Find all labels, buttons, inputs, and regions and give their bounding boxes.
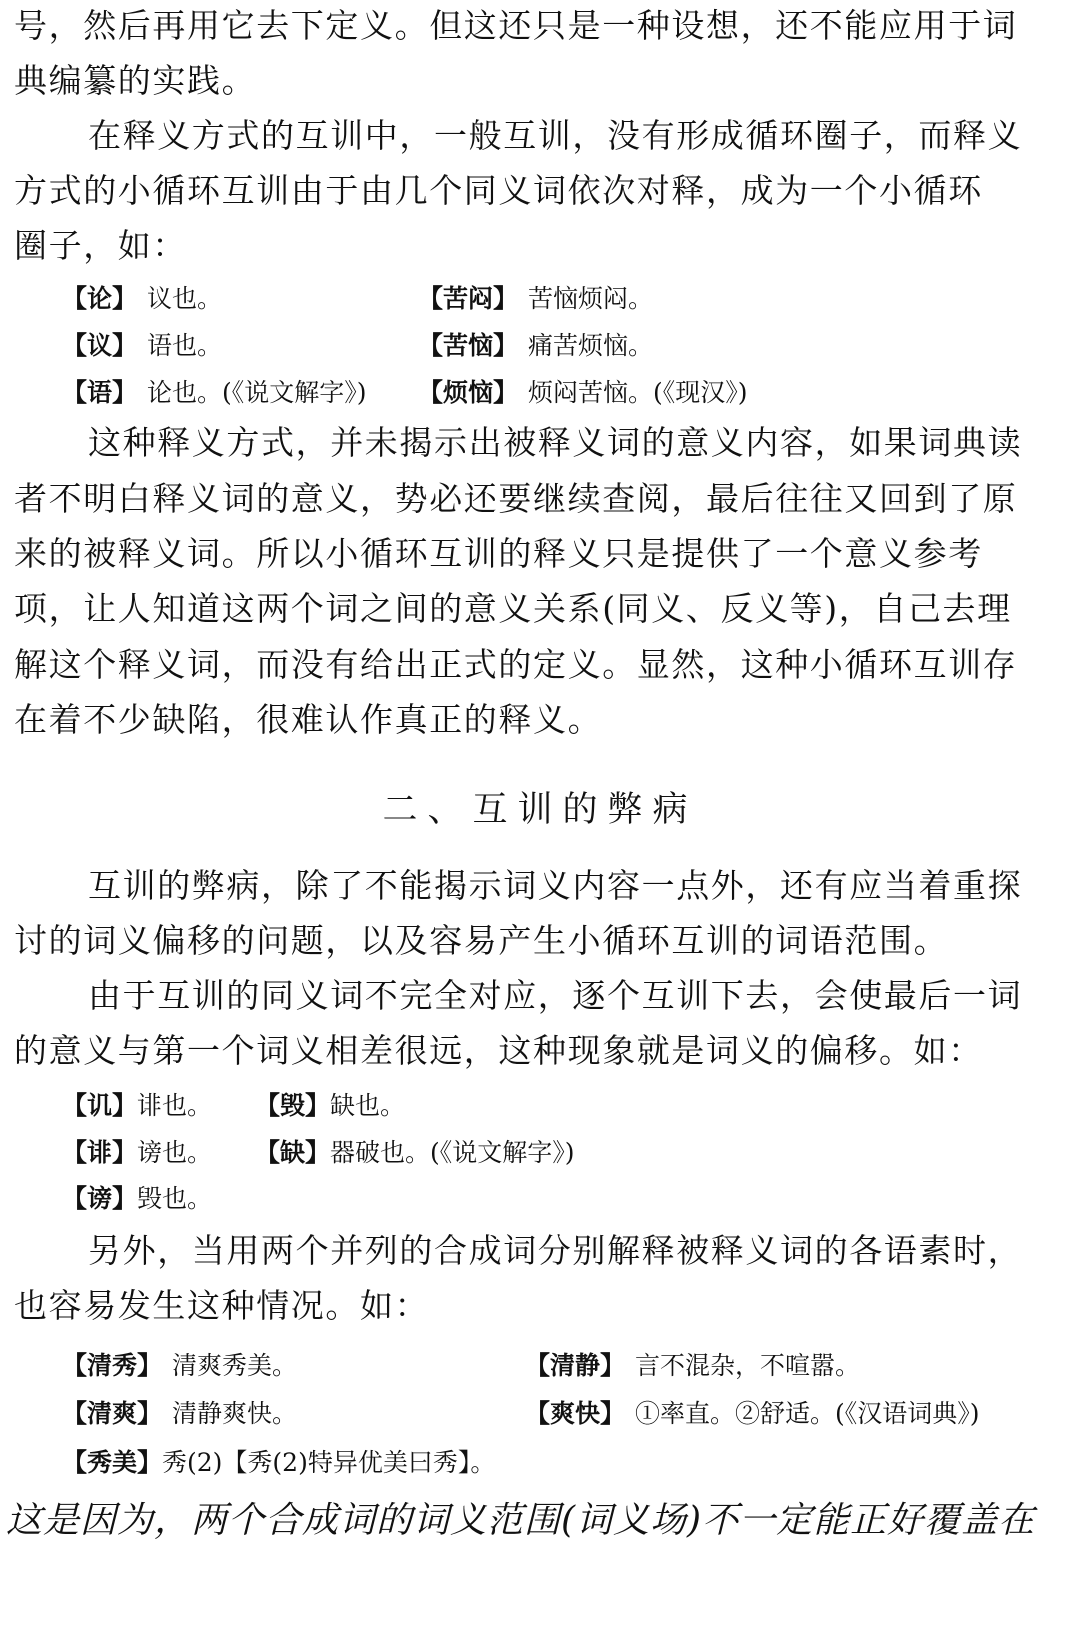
example-entry: 【缺】器破也。(《说文解字》) xyxy=(255,1137,575,1169)
paragraph-6-line-1: 另外，当用两个并列的合成词分别解释被释义词的各语素时， xyxy=(88,1231,1070,1271)
entry-headword: 【毁】 xyxy=(255,1091,330,1120)
entry-headword: 【清静】 xyxy=(525,1351,625,1380)
entry-definition: 诽也。 xyxy=(137,1091,212,1120)
entry-headword: 【讥】 xyxy=(62,1091,137,1120)
paragraph-1-line-2: 典编纂的实践。 xyxy=(14,61,1070,101)
example-entry: 【诽】谤也。 xyxy=(62,1137,212,1169)
entry-definition: 论也。(《说文解字》) xyxy=(147,378,367,407)
paragraph-2-line-3: 圈子，如： xyxy=(14,226,1070,266)
paragraph-3-line-3: 来的被释义词。所以小循环互训的释义只是提供了一个意义参考 xyxy=(14,534,1070,574)
paragraph-3-line-2: 者不明白释义词的意义，势必还要继续查阅，最后往往又回到了原 xyxy=(14,479,1070,519)
entry-headword: 【诽】 xyxy=(62,1138,137,1167)
entry-headword: 【苦闷】 xyxy=(418,284,518,313)
example-entry: 【爽快】①率直。②舒适。(《汉语词典》) xyxy=(525,1398,980,1430)
example-entry: 【秀美】秀(2)【秀(2)特异优美曰秀】。 xyxy=(62,1447,495,1479)
entry-definition: 痛苦烦恼。 xyxy=(528,331,653,360)
entry-headword: 【清秀】 xyxy=(62,1351,162,1380)
entry-definition: 清爽秀美。 xyxy=(172,1351,297,1380)
entry-definition: 烦闷苦恼。(《现汉》) xyxy=(528,378,748,407)
paragraph-6-line-2: 也容易发生这种情况。如： xyxy=(14,1286,1070,1326)
example-entry: 【清爽】清静爽快。 xyxy=(62,1398,297,1430)
entry-headword: 【清爽】 xyxy=(62,1399,162,1428)
entry-definition: 谤也。 xyxy=(137,1138,212,1167)
example-entry: 【烦恼】烦闷苦恼。(《现汉》) xyxy=(418,377,748,409)
entry-headword: 【苦恼】 xyxy=(418,331,518,360)
example-entry: 【谤】毁也。 xyxy=(62,1183,212,1215)
entry-headword: 【谤】 xyxy=(62,1184,137,1213)
book-page: 号，然后再用它去下定义。但这还只是一种设想，还不能应用于词 典编纂的实践。 在释… xyxy=(0,0,1080,1646)
entry-definition: 议也。 xyxy=(147,284,222,313)
example-entry: 【语】论也。(《说文解字》) xyxy=(62,377,367,409)
paragraph-5-line-1: 由于互训的同义词不完全对应，逐个互训下去，会使最后一词 xyxy=(88,976,1070,1016)
entry-definition: 语也。 xyxy=(147,331,222,360)
entry-headword: 【缺】 xyxy=(255,1138,330,1167)
example-entry: 【苦恼】痛苦烦恼。 xyxy=(418,330,653,362)
entry-definition: 苦恼烦闷。 xyxy=(528,284,653,313)
entry-headword: 【论】 xyxy=(62,284,137,313)
example-entry: 【清静】言不混杂，不喧嚣。 xyxy=(525,1350,860,1382)
entry-headword: 【烦恼】 xyxy=(418,378,518,407)
entry-definition: 言不混杂，不喧嚣。 xyxy=(635,1351,860,1380)
entry-definition: ①率直。②舒适。(《汉语词典》) xyxy=(635,1399,980,1428)
paragraph-1-line-1: 号，然后再用它去下定义。但这还只是一种设想，还不能应用于词 xyxy=(14,6,1070,46)
paragraph-7-line-1: 这是因为，两个合成词的词义范围(词义场)不一定能正好覆盖在 xyxy=(6,1498,1076,1544)
entry-headword: 【秀美】 xyxy=(62,1448,162,1477)
example-entry: 【苦闷】苦恼烦闷。 xyxy=(418,283,653,315)
entry-definition: 器破也。(《说文解字》) xyxy=(330,1138,575,1167)
paragraph-3-line-4: 项，让人知道这两个词之间的意义关系(同义、反义等)，自己去理 xyxy=(14,589,1070,629)
entry-definition: 秀(2)【秀(2)特异优美曰秀】。 xyxy=(162,1448,495,1477)
paragraph-2-line-2: 方式的小循环互训由于由几个同义词依次对释，成为一个小循环 xyxy=(14,171,1070,211)
section-heading: 二、互训的弊病 xyxy=(0,788,1080,832)
entry-definition: 清静爽快。 xyxy=(172,1399,297,1428)
entry-definition: 毁也。 xyxy=(137,1184,212,1213)
entry-headword: 【议】 xyxy=(62,331,137,360)
example-entry: 【论】议也。 xyxy=(62,283,222,315)
paragraph-3-line-1: 这种释义方式，并未揭示出被释义词的意义内容，如果词典读 xyxy=(88,423,1070,463)
paragraph-3-line-5: 解这个释义词，而没有给出正式的定义。显然，这种小循环互训存 xyxy=(14,645,1070,685)
paragraph-5-line-2: 的意义与第一个词义相差很远，这种现象就是词义的偏移。如： xyxy=(14,1031,1070,1071)
paragraph-3-line-6: 在着不少缺陷，很难认作真正的释义。 xyxy=(14,700,1070,740)
entry-definition: 缺也。 xyxy=(330,1091,405,1120)
example-entry: 【议】语也。 xyxy=(62,330,222,362)
entry-headword: 【爽快】 xyxy=(525,1399,625,1428)
example-entry: 【清秀】清爽秀美。 xyxy=(62,1350,297,1382)
example-entry: 【毁】缺也。 xyxy=(255,1090,405,1122)
paragraph-4-line-2: 讨的词义偏移的问题，以及容易产生小循环互训的词语范围。 xyxy=(14,921,1070,961)
paragraph-4-line-1: 互训的弊病，除了不能揭示词义内容一点外，还有应当着重探 xyxy=(88,866,1070,906)
example-entry: 【讥】诽也。 xyxy=(62,1090,212,1122)
entry-headword: 【语】 xyxy=(62,378,137,407)
paragraph-2-line-1: 在释义方式的互训中，一般互训，没有形成循环圈子，而释义 xyxy=(88,116,1070,156)
